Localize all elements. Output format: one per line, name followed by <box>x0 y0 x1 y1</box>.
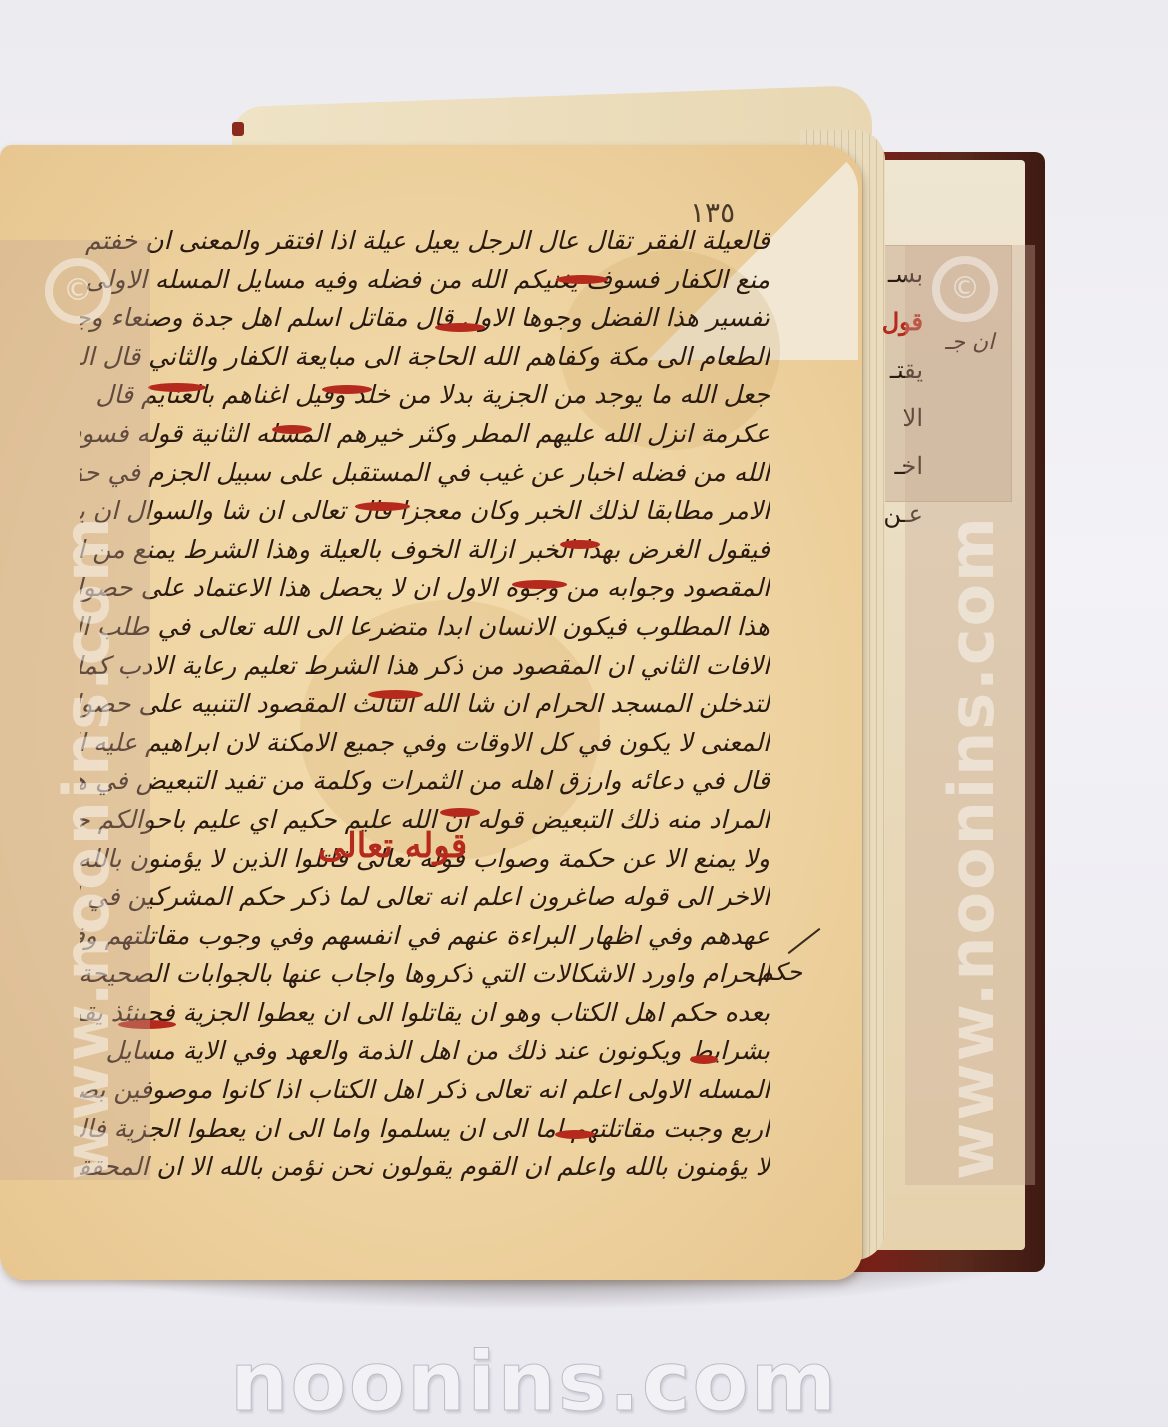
copyright-icon: © <box>45 258 111 324</box>
text-line: اربع وجبت مقاتلتهم اما الى ان يسلموا وام… <box>80 1110 770 1149</box>
text-line: المعنى لا يكون في كل الاوقات وفي جميع ال… <box>80 724 770 763</box>
text-line: عكرمة انزل الله عليهم المطر وكثر خيرهم ا… <box>80 415 770 454</box>
text-line: الحرام واورد الاشكالات التي ذكروها واجاب… <box>80 955 770 994</box>
rubric-stroke <box>322 385 372 394</box>
rubric-stroke <box>272 425 312 434</box>
text-line: المقصود وجوابه من وجوه الاول ان لا يحصل … <box>80 569 770 608</box>
manuscript-text-block: قالعيلة الفقر تقال عال الرجل يعيل عيلة ا… <box>80 222 770 1187</box>
text-line: تفسير هذا الفضل وجوها الاول قال مقاتل اس… <box>80 299 770 338</box>
text-line: لتدخلن المسجد الحرام ان شا الله الثالث ا… <box>80 685 770 724</box>
rubric-stroke <box>435 323 485 332</box>
text-line: بعده حكم اهل الكتاب وهو ان يقاتلوا الى ا… <box>80 994 770 1033</box>
text-line: المسله الاولى اعلم انه تعالى ذكر اهل الك… <box>80 1071 770 1110</box>
rubric-stroke <box>512 580 567 589</box>
margin-note: حكم <box>758 958 802 986</box>
text-line: الاخر الى قوله صاغرون اعلم انه تعالى لما… <box>80 878 770 917</box>
rubric-stroke <box>368 690 423 699</box>
rubric-stroke <box>560 540 600 549</box>
watermark-right: www.noonins.com <box>935 330 1008 1180</box>
text-line: عهدهم وفي اظهار البراءة عنهم في انفسهم و… <box>80 917 770 956</box>
rubric-stroke <box>440 808 480 817</box>
text-line: الطعام الى مكة وكفاهم الله الحاجة الى مب… <box>80 338 770 377</box>
copyright-icon: © <box>932 256 998 322</box>
text-line: قال في دعائه وارزق اهله من الثمرات وكلمة… <box>80 762 770 801</box>
text-line: لا يؤمنون بالله واعلم ان القوم يقولون نح… <box>80 1148 770 1187</box>
watermark-bottom: noonins.com <box>230 1335 838 1427</box>
text-line: قالعيلة الفقر تقال عال الرجل يعيل عيلة ا… <box>80 222 770 261</box>
rubric-stroke <box>355 502 410 511</box>
rubric-heading: قوله تعالى <box>318 826 467 866</box>
rubric-stroke <box>148 383 206 392</box>
text-line: هذا المطلوب فيكون الانسان ابدا متضرعا ال… <box>80 608 770 647</box>
watermark-left: www.noonins.com <box>50 330 123 1180</box>
rubric-stroke <box>690 1055 718 1064</box>
rubric-stroke <box>556 275 608 284</box>
text-line: الامر مطابقا لذلك الخبر وكان معجزا قال ت… <box>80 492 770 531</box>
text-line: فيقول الغرض بهذا الخبر ازالة الخوف بالعي… <box>80 531 770 570</box>
text-line: بشرايط ويكونون عند ذلك من اهل الذمة والع… <box>80 1032 770 1071</box>
rubric-stroke <box>555 1130 595 1139</box>
text-line: منع الكفار فسوف يغنيكم الله من فضله وفيه… <box>80 261 770 300</box>
text-line: الافات الثاني ان المقصود من ذكر هذا الشر… <box>80 647 770 686</box>
red-bookmark-tab <box>232 122 244 136</box>
text-line: الله من فضله اخبار عن غيب في المستقبل عل… <box>80 454 770 493</box>
